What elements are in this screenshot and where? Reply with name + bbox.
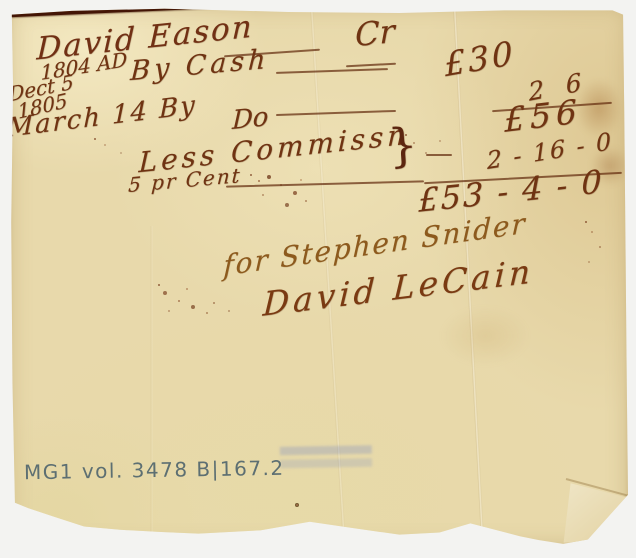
entry-ditto: Do <box>232 102 269 136</box>
commission-brace: } <box>386 117 419 173</box>
ink-speckles <box>158 284 160 286</box>
stain-blotch <box>440 306 530 366</box>
ink-speckles <box>250 174 252 176</box>
cash-entry-line <box>276 68 388 74</box>
ink-speckles <box>585 221 587 223</box>
photo-background: David Eason Cr 1804 AD By Cash £30 Dect … <box>0 0 636 558</box>
ditto-entry-line <box>276 110 396 116</box>
cash-amount-line <box>346 63 396 68</box>
catalog-reference-number: MG1 vol. 3478 B|167.2 <box>24 456 285 485</box>
manuscript-paper: David Eason Cr 1804 AD By Cash £30 Dect … <box>10 6 628 546</box>
faded-archival-stamp <box>280 445 372 471</box>
credit-abbreviation: Cr <box>355 12 395 54</box>
commission-tick-line <box>426 154 452 156</box>
commission-rate-underline <box>226 180 424 187</box>
folded-corner <box>558 478 628 544</box>
fold-crease-left <box>150 226 153 550</box>
ink-speckles <box>296 504 298 506</box>
ink-speckles <box>94 138 96 140</box>
